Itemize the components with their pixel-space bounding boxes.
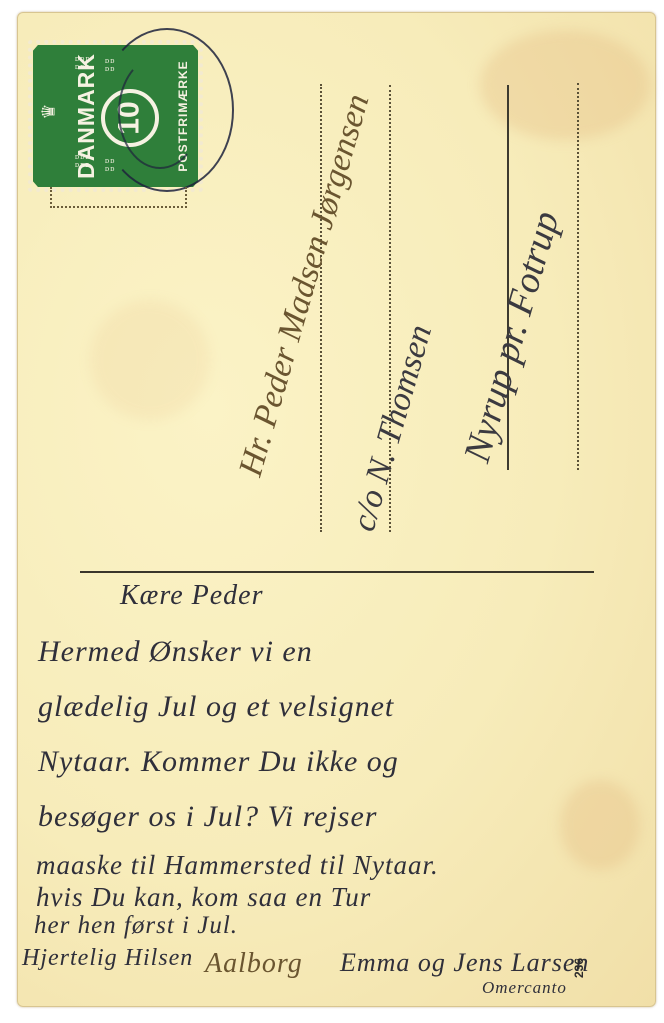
message-place: Aalborg <box>205 948 303 980</box>
message-line: besøger os i Jul? Vi rejser <box>38 800 377 834</box>
message-closing: Hjertelig Hilsen <box>22 945 193 972</box>
stain <box>560 780 640 870</box>
printed-number: 236 <box>572 958 586 978</box>
stamp-ornament: ᴅᴅᴅᴅᴅᴅ <box>75 153 91 169</box>
stamp-ornament: ᴅᴅᴅᴅᴅᴅ <box>75 55 91 71</box>
message-signature-extra: Omercanto <box>482 978 567 998</box>
crown-icon: ♛ <box>39 103 60 119</box>
message-line: glædelig Jul og et velsignet <box>38 690 394 724</box>
message-divider <box>80 571 594 573</box>
stain <box>480 30 650 140</box>
address-guide-line <box>577 83 579 470</box>
message-line: hvis Du kan, kom saa en Tur <box>36 882 371 913</box>
message-greeting: Kære Peder <box>120 580 264 612</box>
postmark-ring <box>118 55 202 169</box>
message-line: Hermed Ønsker vi en <box>38 635 313 669</box>
address-guide-line <box>320 84 322 532</box>
message-line: maaske til Hammersted til Nytaar. <box>36 850 439 881</box>
stamp-placement-box <box>50 187 187 208</box>
stain <box>90 300 210 420</box>
message-line: Nytaar. Kommer Du ikke og <box>38 745 399 779</box>
message-signature: Emma og Jens Larsen <box>340 948 589 978</box>
message-line: her hen først i Jul. <box>34 912 238 940</box>
